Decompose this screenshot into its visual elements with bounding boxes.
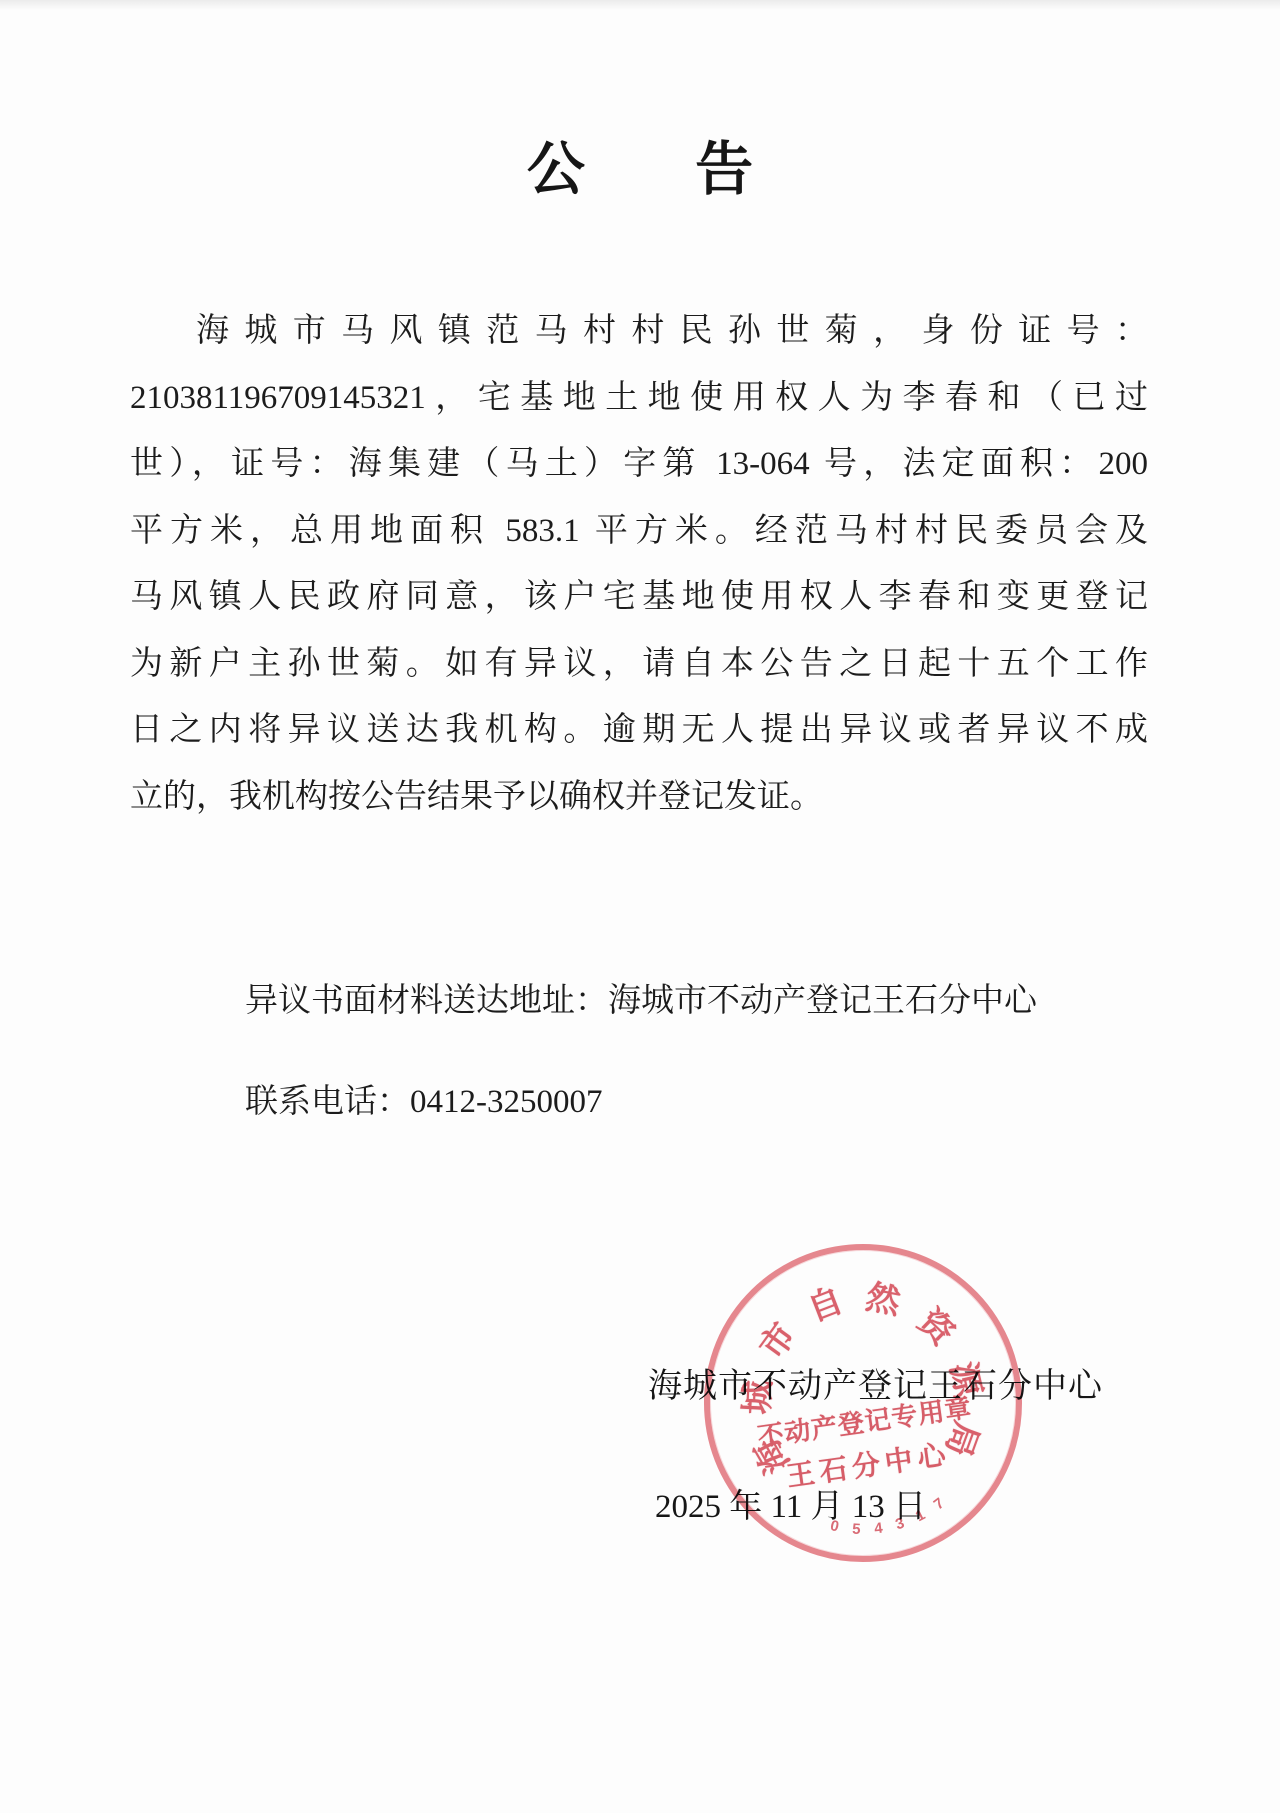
notice-document-page: 公 告 海城市马风镇范马村村民孙世菊，身份证号： 210381196709145… xyxy=(0,0,1280,1813)
paragraph-line: 立的，我机构按公告结果予以确权并登记发证。 xyxy=(130,764,1148,831)
objection-address-line: 异议书面材料送达地址：海城市不动产登记王石分中心 xyxy=(245,968,1148,1035)
paragraph-line: 海城市马风镇范马村村民孙世菊，身份证号： xyxy=(130,298,1148,365)
seal-serial-digit: 5 xyxy=(849,1520,864,1539)
official-red-seal: 海 城 市 自 然 资 源 局 不动产登记专用章 王石分中心 0 5 4 3 1… xyxy=(691,1231,1036,1576)
paragraph-line: 日之内将异议送达我机构。逾期无人提出异议或者异议不成 xyxy=(130,697,1148,764)
paragraph-line: 马风镇人民政府同意，该户宅基地使用权人李春和变更登记 xyxy=(130,564,1148,631)
contact-phone-line: 联系电话：0412-3250007 xyxy=(245,1069,1148,1136)
paragraph-line: 为新户主孙世菊。如有异议，请自本公告之日起十五个工作 xyxy=(130,631,1148,698)
seal-ring-char: 城 xyxy=(729,1377,771,1417)
seal-ring-char: 然 xyxy=(862,1269,907,1316)
notice-paragraph: 海城市马风镇范马村村民孙世菊，身份证号： 210381196709145321，… xyxy=(130,298,1148,830)
paragraph-line: 平方米，总用地面积 583.1 平方米。经范马村村民委员会及 xyxy=(130,498,1148,565)
paragraph-line: 世），证号：海集建（马土）字第 13-064 号，法定面积：200 xyxy=(130,431,1148,498)
paragraph-line: 210381196709145321，宅基地土地使用权人为李春和（已过 xyxy=(130,365,1148,432)
seal-serial-digit: 4 xyxy=(870,1519,886,1539)
document-title: 公 告 xyxy=(0,0,1280,206)
contact-info-block: 异议书面材料送达地址：海城市不动产登记王石分中心 联系电话：0412-32500… xyxy=(245,968,1148,1135)
